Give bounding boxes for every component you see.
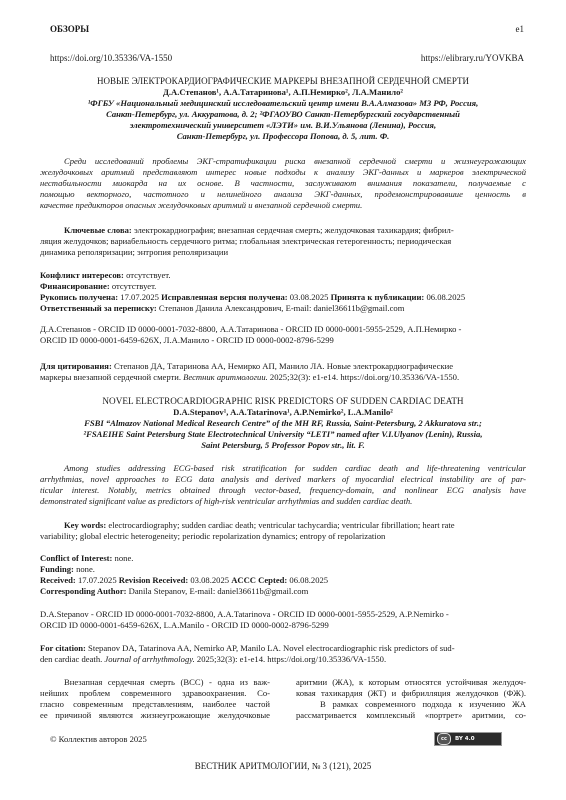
en-orcid-line: D.A.Stepanov - ORCID ID 0000-0001-7032-8… [40,609,526,620]
en-dates: Received: 17.07.2025 Revision Received: … [40,575,526,586]
ru-affiliation-line: Санкт-Петербург, ул. Профессора Попова, … [40,131,526,142]
ru-orcid-line: ORCID ID 0000-0001-6459-626X, Л.А.Манило… [40,335,526,346]
doi-link[interactable]: https://doi.org/10.35336/VA-1550 [50,53,172,63]
en-accepted-value: 06.08.2025 [287,575,328,585]
en-citation-text: Stepanov DA, Tatarinova AA, Nemirko AP, … [86,643,455,653]
en-abstract-line: Among studies addressing ECG-based risk … [40,463,526,474]
body-line: Внезапная сердечная смерть (ВСС) - одна … [40,677,270,688]
ru-citation-text: 2025;32(3): e1-e14. https://doi.org/10.3… [268,372,459,382]
body-line: В рамках современного подхода к изучению… [296,699,526,710]
ru-citation-text: Степанов ДА, Татаринова АА, Немирко АП, … [112,361,453,371]
en-affiliation-line: Saint Petersburg, 5 Professor Popov str.… [40,440,526,451]
ru-accepted-label: Принята к публикации: [331,292,425,302]
ru-authors: Д.А.Степанов¹, А.А.Татаринова¹, А.П.Неми… [40,87,526,98]
ru-conflict-value: отсутствует. [124,270,171,280]
body-line: аритмии (ЖА), к которым относятся устойч… [296,677,526,688]
ru-conflict-label: Конфликт интересов: [40,270,124,280]
en-keywords-line: variability; global electric heterogenei… [40,531,526,542]
ru-citation: Для цитирования: Степанов ДА, Татаринова… [40,361,526,372]
ru-citation-text: маркеры внезапной сердечной смерти. [40,372,183,382]
ru-citation-line2: маркеры внезапной сердечной смерти. Вест… [40,372,526,383]
section-label: ОБЗОРЫ [50,24,89,34]
elibrary-link[interactable]: https://elibrary.ru/YOVKBA [421,53,524,63]
en-abstract-line: arrhythmias, novel approaches to ECG dat… [40,474,526,485]
ru-corresponding-value: Степанов Данила Александрович, E-mail: d… [157,303,405,313]
ru-accepted-value: 06.08.2025 [424,292,465,302]
en-revised-label: Revision Received: [119,575,188,585]
en-citation-text: 2025;32(3): e1-e14. https://doi.org/10.3… [195,654,386,664]
ru-affiliation-line: Санкт-Петербург, ул. Аккуратова, д. 2; ²… [40,109,526,120]
en-funding-value: none. [74,564,95,574]
en-funding: Funding: none. [40,564,526,575]
en-citation-journal: Journal of arrhythmology. [104,654,194,664]
ru-citation-journal: Вестник аритмологии. [183,372,268,382]
ru-corresponding: Ответственный за переписку: Степанов Дан… [40,303,526,314]
en-conflict: Conflict of Interest: none. [40,553,526,564]
en-received-label: Received: [40,575,76,585]
en-authors: D.A.Stepanov¹, A.A.Tatarinova¹, A.P.Nemi… [40,407,526,418]
body-line: нейших проблем современного здравоохране… [40,688,270,699]
en-received-value: 17.07.2025 [76,575,119,585]
license-badge[interactable]: cc BY 4.0 [434,732,502,746]
en-abstract-line: ticular interest. Notably, metrics obtai… [40,485,526,496]
en-title: NOVEL ELECTROCARDIOGRAPHIC RISK PREDICTO… [40,396,526,407]
en-funding-label: Funding: [40,564,74,574]
en-affiliation-line: ²FSAEIHE Saint Petersburg State Electrot… [40,429,526,440]
body-right-column: аритмии (ЖА), к которым относятся устойч… [296,677,526,721]
en-conflict-value: none. [112,553,133,563]
body-left-column: Внезапная сердечная смерть (ВСС) - одна … [40,677,270,721]
en-citation-label: For citation: [40,643,86,653]
ru-citation-label: Для цитирования: [40,361,112,371]
ru-keywords-line: динамика реполяризации; энтропия реполяр… [40,247,526,258]
ru-title: НОВЫЕ ЭЛЕКТРОКАРДИОГРАФИЧЕСКИЕ МАРКЕРЫ В… [40,76,526,87]
ru-conflict: Конфликт интересов: отсутствует. [40,270,526,281]
en-corresponding-value: Danila Stepanov, E-mail: daniel36611b@gm… [127,586,309,596]
en-revised-value: 03.08.2025 [188,575,231,585]
license-badge-text: BY 4.0 [455,736,475,742]
body-line: гласно современным представлениям, наибо… [40,699,270,710]
en-keywords-label: Key words: [64,520,106,530]
copyright: © Коллектив авторов 2025 [50,734,147,744]
ru-funding-value: отсутствует. [110,281,157,291]
en-citation: For citation: Stepanov DA, Tatarinova AA… [40,643,526,654]
en-citation-text: den cardiac death. [40,654,104,664]
ru-keywords-line: ляция желудочков; вариабельность сердечн… [40,236,526,247]
en-keywords: Key words: electrocardiography; sudden c… [40,520,550,531]
ru-corresponding-label: Ответственный за переписку: [40,303,157,313]
ru-abstract-line: нестабильности миокарда на их основе. В … [40,178,526,189]
ru-keywords-text: электрокардиография; внезапная сердечная… [132,225,454,235]
page-number: e1 [516,24,525,34]
ru-abstract-line: желудочковых аритмий представляют интере… [40,167,526,178]
ru-revised-label: Исправленная версия получена: [161,292,288,302]
en-abstract-line: demonstrated significant value as predic… [40,496,526,507]
journal-issue: ВЕСТНИК АРИТМОЛОГИИ, № 3 (121), 2025 [0,761,566,771]
ru-dates: Рукопись получена: 17.07.2025 Исправленн… [40,292,526,303]
ru-affiliation-line: электротехнический университет «ЛЭТИ» им… [40,120,526,131]
en-corresponding-label: Corresponding Author: [40,586,127,596]
ru-revised-value: 03.08.2025 [288,292,331,302]
ru-orcid-line: Д.А.Степанов - ORCID ID 0000-0001-7032-8… [40,324,526,335]
en-corresponding: Corresponding Author: Danila Stepanov, E… [40,586,526,597]
body-line: ковая тахикардия (ЖТ) и фибрилляция желу… [296,688,526,699]
en-conflict-label: Conflict of Interest: [40,553,112,563]
en-accepted-label: ACCC Cepted: [231,575,287,585]
body-line: ее причиной являются жизнеугрожающие жел… [40,710,270,721]
en-citation-line2: den cardiac death. Journal of arrhythmol… [40,654,526,665]
en-keywords-text: electrocardiography; sudden cardiac deat… [106,520,454,530]
ru-abstract-line: качестве предикторов опасных желудочковы… [40,200,526,211]
ru-funding: Финансирование: отсутствует. [40,281,526,292]
ru-abstract-line: помощью векторного, частотного и нелиней… [40,189,526,200]
ru-received-label: Рукопись получена: [40,292,118,302]
ru-keywords-label: Ключевые слова: [64,225,132,235]
ru-received-value: 17.07.2025 [118,292,161,302]
ru-affiliation-line: ¹ФГБУ «Национальный медицинский исследов… [40,98,526,109]
en-orcid-line: ORCID ID 0000-0001-6459-626X, L.A.Manilo… [40,620,526,631]
en-affiliation-line: FSBI “Almazov National Medical Research … [40,418,526,429]
body-line: рассматривается комплексный «портрет» ар… [296,710,526,721]
ru-keywords: Ключевые слова: электрокардиография; вне… [40,225,550,236]
cc-icon: cc [437,733,451,745]
ru-abstract-line: Среди исследований проблемы ЭКГ-стратифи… [40,156,526,167]
ru-funding-label: Финансирование: [40,281,110,291]
